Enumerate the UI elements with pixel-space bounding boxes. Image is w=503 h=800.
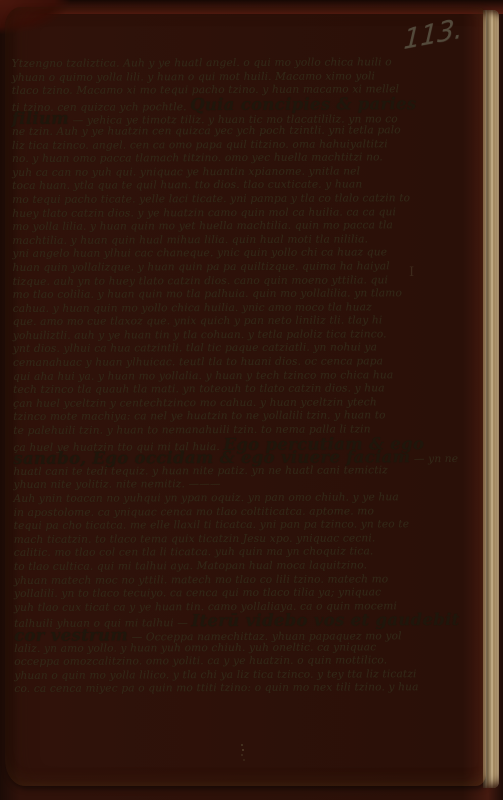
nahuatl-text-segment: in apostolome. ca yniquac cenca mo tlao …: [14, 505, 374, 519]
manuscript-page: 113. Ytzengno tzaliztica. Auh y ye huatl…: [5, 7, 486, 786]
nahuatl-text-segment: co. ca cenca miyec pa o quin mo ttiti tz…: [14, 681, 418, 695]
nahuatl-text-segment: huey tlato catzin dios. y ye huatzin cam…: [12, 206, 396, 220]
nahuatl-text-segment: Auh ynin toacan no yuhqui yn ypan oquiz.…: [14, 491, 399, 505]
nahuatl-text-segment: cahua. y huan quin mo yollo chica huilia…: [13, 301, 372, 315]
nahuatl-text-segment: qui aha hui ya. y huan mo yollalia. y hu…: [13, 369, 393, 383]
nahuatl-text-segment: tequi pa cho ticatca. me elle llaxil ti …: [14, 518, 410, 532]
nahuatl-text-segment: machtilia. y huan quin hual mihua lilia.…: [12, 233, 368, 247]
manuscript-line: tzinco mote machiya: ca nel ye huatzin t…: [13, 410, 441, 425]
bottom-edge-ink-mark: [241, 744, 243, 746]
manuscript-line: co. ca cenca miyec pa o quin mo ttiti tz…: [14, 681, 442, 696]
nahuatl-text-segment: yhuan o quimo yolla lili. y huan o qui m…: [12, 70, 375, 84]
nahuatl-text-segment: yohuiliztli. auh y ye huan tin y tla coh…: [13, 328, 387, 342]
manuscript-text: Ytzengno tzaliztica. Auh y ye huatl ange…: [12, 56, 443, 697]
nahuatl-text-segment: mach ticatzin. to tlaco tema quix ticatz…: [14, 532, 376, 546]
nahuatl-text-segment: mo yolla lilia. y huan quin mo yet huell…: [12, 219, 393, 233]
manuscript-line: no. y huan omo pacca tlamach titzino. om…: [12, 151, 440, 166]
nahuatl-text-segment: to tlao cultica. qui mi talhui aya. Mato…: [14, 559, 367, 573]
manuscript-line: mo tlao colilia. y huan quin mo tla palh…: [13, 287, 441, 302]
nahuatl-text-segment: mo tlao colilia. y huan quin mo tla palh…: [13, 287, 402, 301]
nahuatl-text-segment: yhuan nite yolitiz. nite nemitiz. ———: [13, 478, 220, 491]
nahuatl-text-segment: yuh ca can no yuh qui. yniquac ye huanti…: [12, 165, 360, 179]
nahuatl-text-segment: calitic. mo tlao col cen tla li ticatca.…: [14, 546, 374, 560]
nahuatl-text-segment: yni angelo huan ylhui cac chaneque. ynic…: [12, 247, 387, 261]
nahuatl-text-segment: laliz. yn amo yollo. y huan yuh omo chiu…: [14, 641, 376, 655]
nahuatl-text-segment: huan quin yollalizque. y huan quin pa pa…: [12, 260, 389, 274]
nahuatl-text-segment: tzinco mote machiya: ca nel ye huatzin t…: [13, 410, 386, 424]
nahuatl-text-segment: ne tzin. Auh y ye huatzin cen quizca yec…: [12, 124, 401, 138]
nahuatl-text-segment: no. y huan omo pacca tlamach titzino. om…: [12, 151, 383, 165]
nahuatl-text-segment: yhuan matech moc no yttili. matech mo tl…: [14, 573, 388, 587]
nahuatl-text-segment: çan huel yceltzin y centechtzinco mo cah…: [13, 396, 377, 410]
manuscript-line: cor vestrum — Occeppa namechittaz. yhuan…: [14, 627, 442, 642]
manuscript-line: huatl cani te tedi tequiz. y huan nite p…: [13, 464, 441, 479]
nahuatl-text-segment: tech tzinco tla quauh tla mati. yn toteo…: [13, 383, 385, 397]
manuscript-line: Auh ynin toacan no yuhqui yn ypan oquiz.…: [14, 491, 442, 506]
nahuatl-text-segment: occeppa omozcalitzino. omo yoliti. ca y …: [14, 654, 387, 668]
margin-mark: I: [409, 265, 414, 280]
manuscript-line: Ytzengno tzaliztica. Auh y ye huatl ange…: [12, 56, 440, 71]
nahuatl-text-segment: — yn ne: [410, 453, 458, 465]
nahuatl-text-segment: yollalili. yn to tlaco tecuiyo. ca cenca…: [14, 586, 381, 600]
nahuatl-text-segment: que. amo mo cue tlaxoz que. ynix quich y…: [13, 315, 383, 329]
nahuatl-text-segment: mo tequi pacho ticate. yelle laci ticate…: [12, 192, 410, 206]
nahuatl-text-segment: Ytzengno tzaliztica. Auh y ye huatl ange…: [12, 56, 392, 70]
folio-number: 113.: [403, 13, 464, 56]
nahuatl-text-segment: liz tica tzinco. angel. cen ca omo papa …: [12, 138, 388, 152]
nahuatl-text-segment: toca huan. ytla qua te quil huan. tto di…: [12, 179, 362, 193]
book-photo: 113. Ytzengno tzaliztica. Auh y ye huatl…: [0, 0, 503, 800]
nahuatl-text-segment: ynt dios. ylhui ca hua catzintli. tlal t…: [13, 342, 377, 356]
nahuatl-text-segment: yhuan o quin mo yolla lilico. y tla chi …: [14, 668, 416, 682]
nahuatl-text-segment: cemanahuac y huan ylhuicac. teutl tla to…: [13, 355, 383, 369]
nahuatl-text-segment: huatl cani te tedi tequiz. y huan nite p…: [13, 464, 388, 478]
nahuatl-text-segment: tizque. auh yn to huey tlato catzin dios…: [13, 274, 388, 288]
manuscript-line: tequi pa cho ticatca. me elle llaxil ti …: [14, 518, 442, 533]
manuscript-line: mo yolla lilia. y huan quin mo yet huell…: [12, 219, 440, 234]
